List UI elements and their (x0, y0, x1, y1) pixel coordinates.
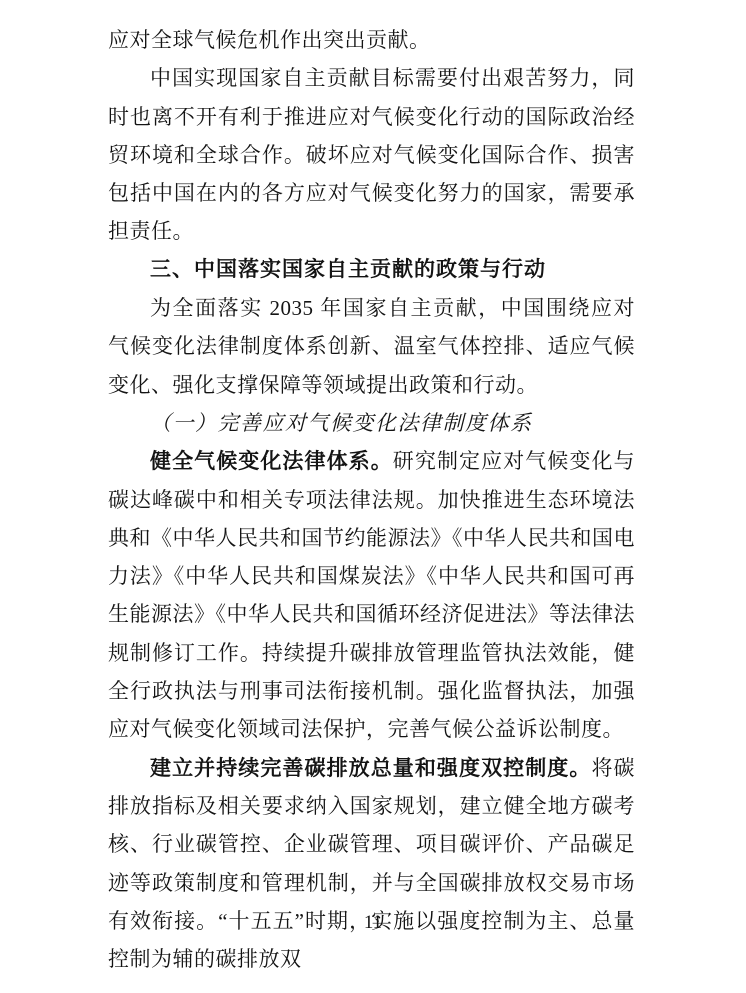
paragraph-body: 将碳排放指标及相关要求纳入国家规划，建立健全地方碳考核、行业碳管控、企业碳管理、… (108, 756, 635, 971)
section-heading: 三、中国落实国家自主贡献的政策与行动 (108, 251, 635, 289)
paragraph-body: 研究制定应对气候变化与碳达峰碳中和相关专项法律法规。加快推进生态环境法典和《中华… (108, 449, 635, 741)
page-number: 11 (0, 910, 746, 936)
paragraph-lead: 健全气候变化法律体系。 (150, 449, 393, 473)
paragraph-lead: 建立并持续完善碳排放总量和强度双控制度。 (150, 756, 591, 780)
paragraph-continuation: 应对全球气候危机作出突出贡献。 (108, 21, 635, 59)
paragraph: 健全气候变化法律体系。研究制定应对气候变化与碳达峰碳中和相关专项法律法规。加快推… (108, 442, 635, 748)
paragraph: 建立并持续完善碳排放总量和强度双控制度。将碳排放指标及相关要求纳入国家规划，建立… (108, 749, 635, 979)
paragraph: 为全面落实 2035 年国家自主贡献，中国围绕应对气候变化法律制度体系创新、温室… (108, 289, 635, 404)
paragraph: 中国实现国家自主贡献目标需要付出艰苦努力，同时也离不开有利于推进应对气候变化行动… (108, 59, 635, 250)
document-page: 应对全球气候危机作出突出贡献。 中国实现国家自主贡献目标需要付出艰苦努力，同时也… (0, 0, 746, 993)
text-block: 应对全球气候危机作出突出贡献。 中国实现国家自主贡献目标需要付出艰苦努力，同时也… (108, 21, 635, 978)
subsection-heading: （一）完善应对气候变化法律制度体系 (108, 404, 635, 442)
